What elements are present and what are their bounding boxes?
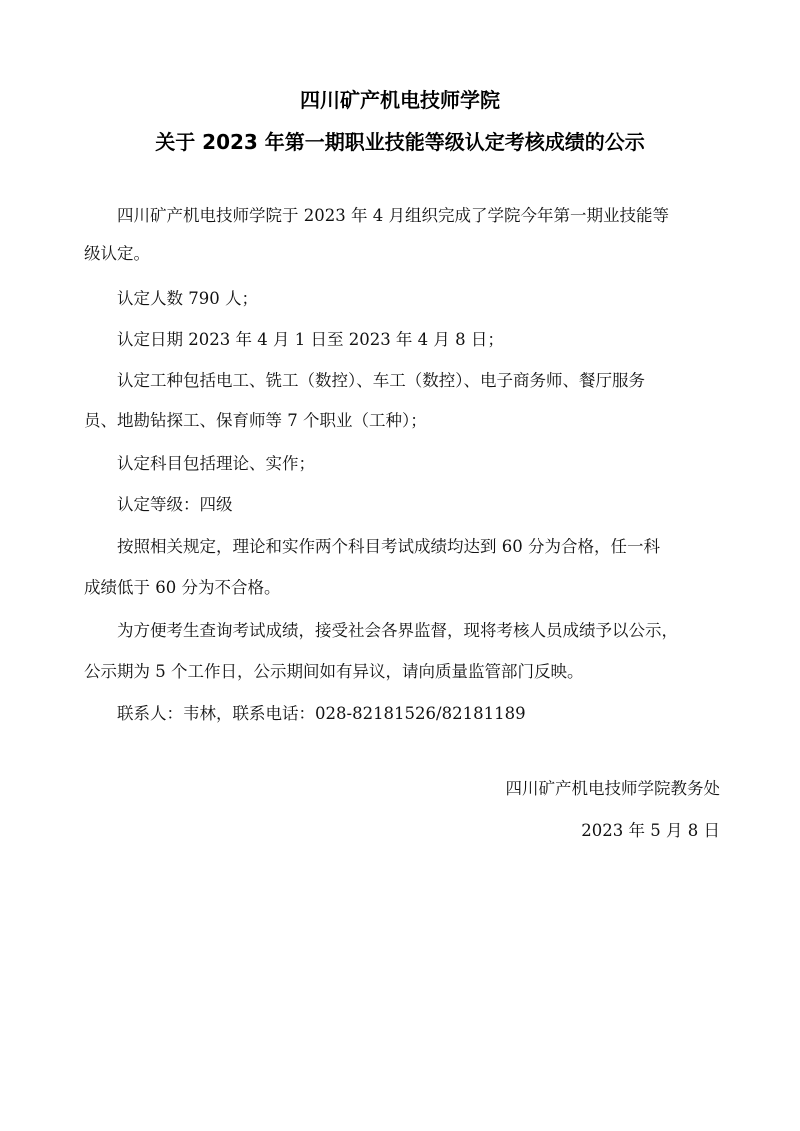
certification-level: 认定等级：四级 [117,493,233,517]
document-title-subject: 关于 2023 年第一期职业技能等级认定考核成绩的公示 [0,128,800,156]
passing-rule-line-1: 按照相关规定，理论和实作两个科目考试成绩均达到 60 分为合格，任一科 [117,535,660,559]
certification-count: 认定人数 790 人； [117,287,258,311]
document-page: 四川矿产机电技师学院 关于 2023 年第一期职业技能等级认定考核成绩的公示 四… [0,0,800,1131]
passing-rule-line-2: 成绩低于 60 分为不合格。 [84,576,281,600]
notice-paragraph-line-2: 公示期为 5 个工作日，公示期间如有异议，请向质量监管部门反映。 [84,660,584,684]
certification-subjects: 认定科目包括理论、实作； [117,452,315,476]
issuer-signature: 四川矿产机电技师学院教务处 [506,777,721,801]
certification-types-line-1: 认定工种包括电工、铣工（数控）、车工（数控）、电子商务师、餐厅服务 [117,369,645,393]
contact-info: 联系人：韦林，联系电话：028-82181526/82181189 [117,702,526,726]
document-title-institution: 四川矿产机电技师学院 [0,86,800,114]
notice-paragraph-line-1: 为方便考生查询考试成绩，接受社会各界监督，现将考核人员成绩予以公示， [117,619,678,643]
intro-paragraph-line-1: 四川矿产机电技师学院于 2023 年 4 月组织完成了学院今年第一期业技能等 [117,204,669,228]
certification-dates: 认定日期 2023 年 4 月 1 日至 2023 年 4 月 8 日； [117,328,504,352]
intro-paragraph-line-2: 级认定。 [84,242,150,266]
issue-date: 2023 年 5 月 8 日 [581,819,720,843]
certification-types-line-2: 员、地勘钻探工、保育师等 7 个职业（工种）； [84,409,427,433]
